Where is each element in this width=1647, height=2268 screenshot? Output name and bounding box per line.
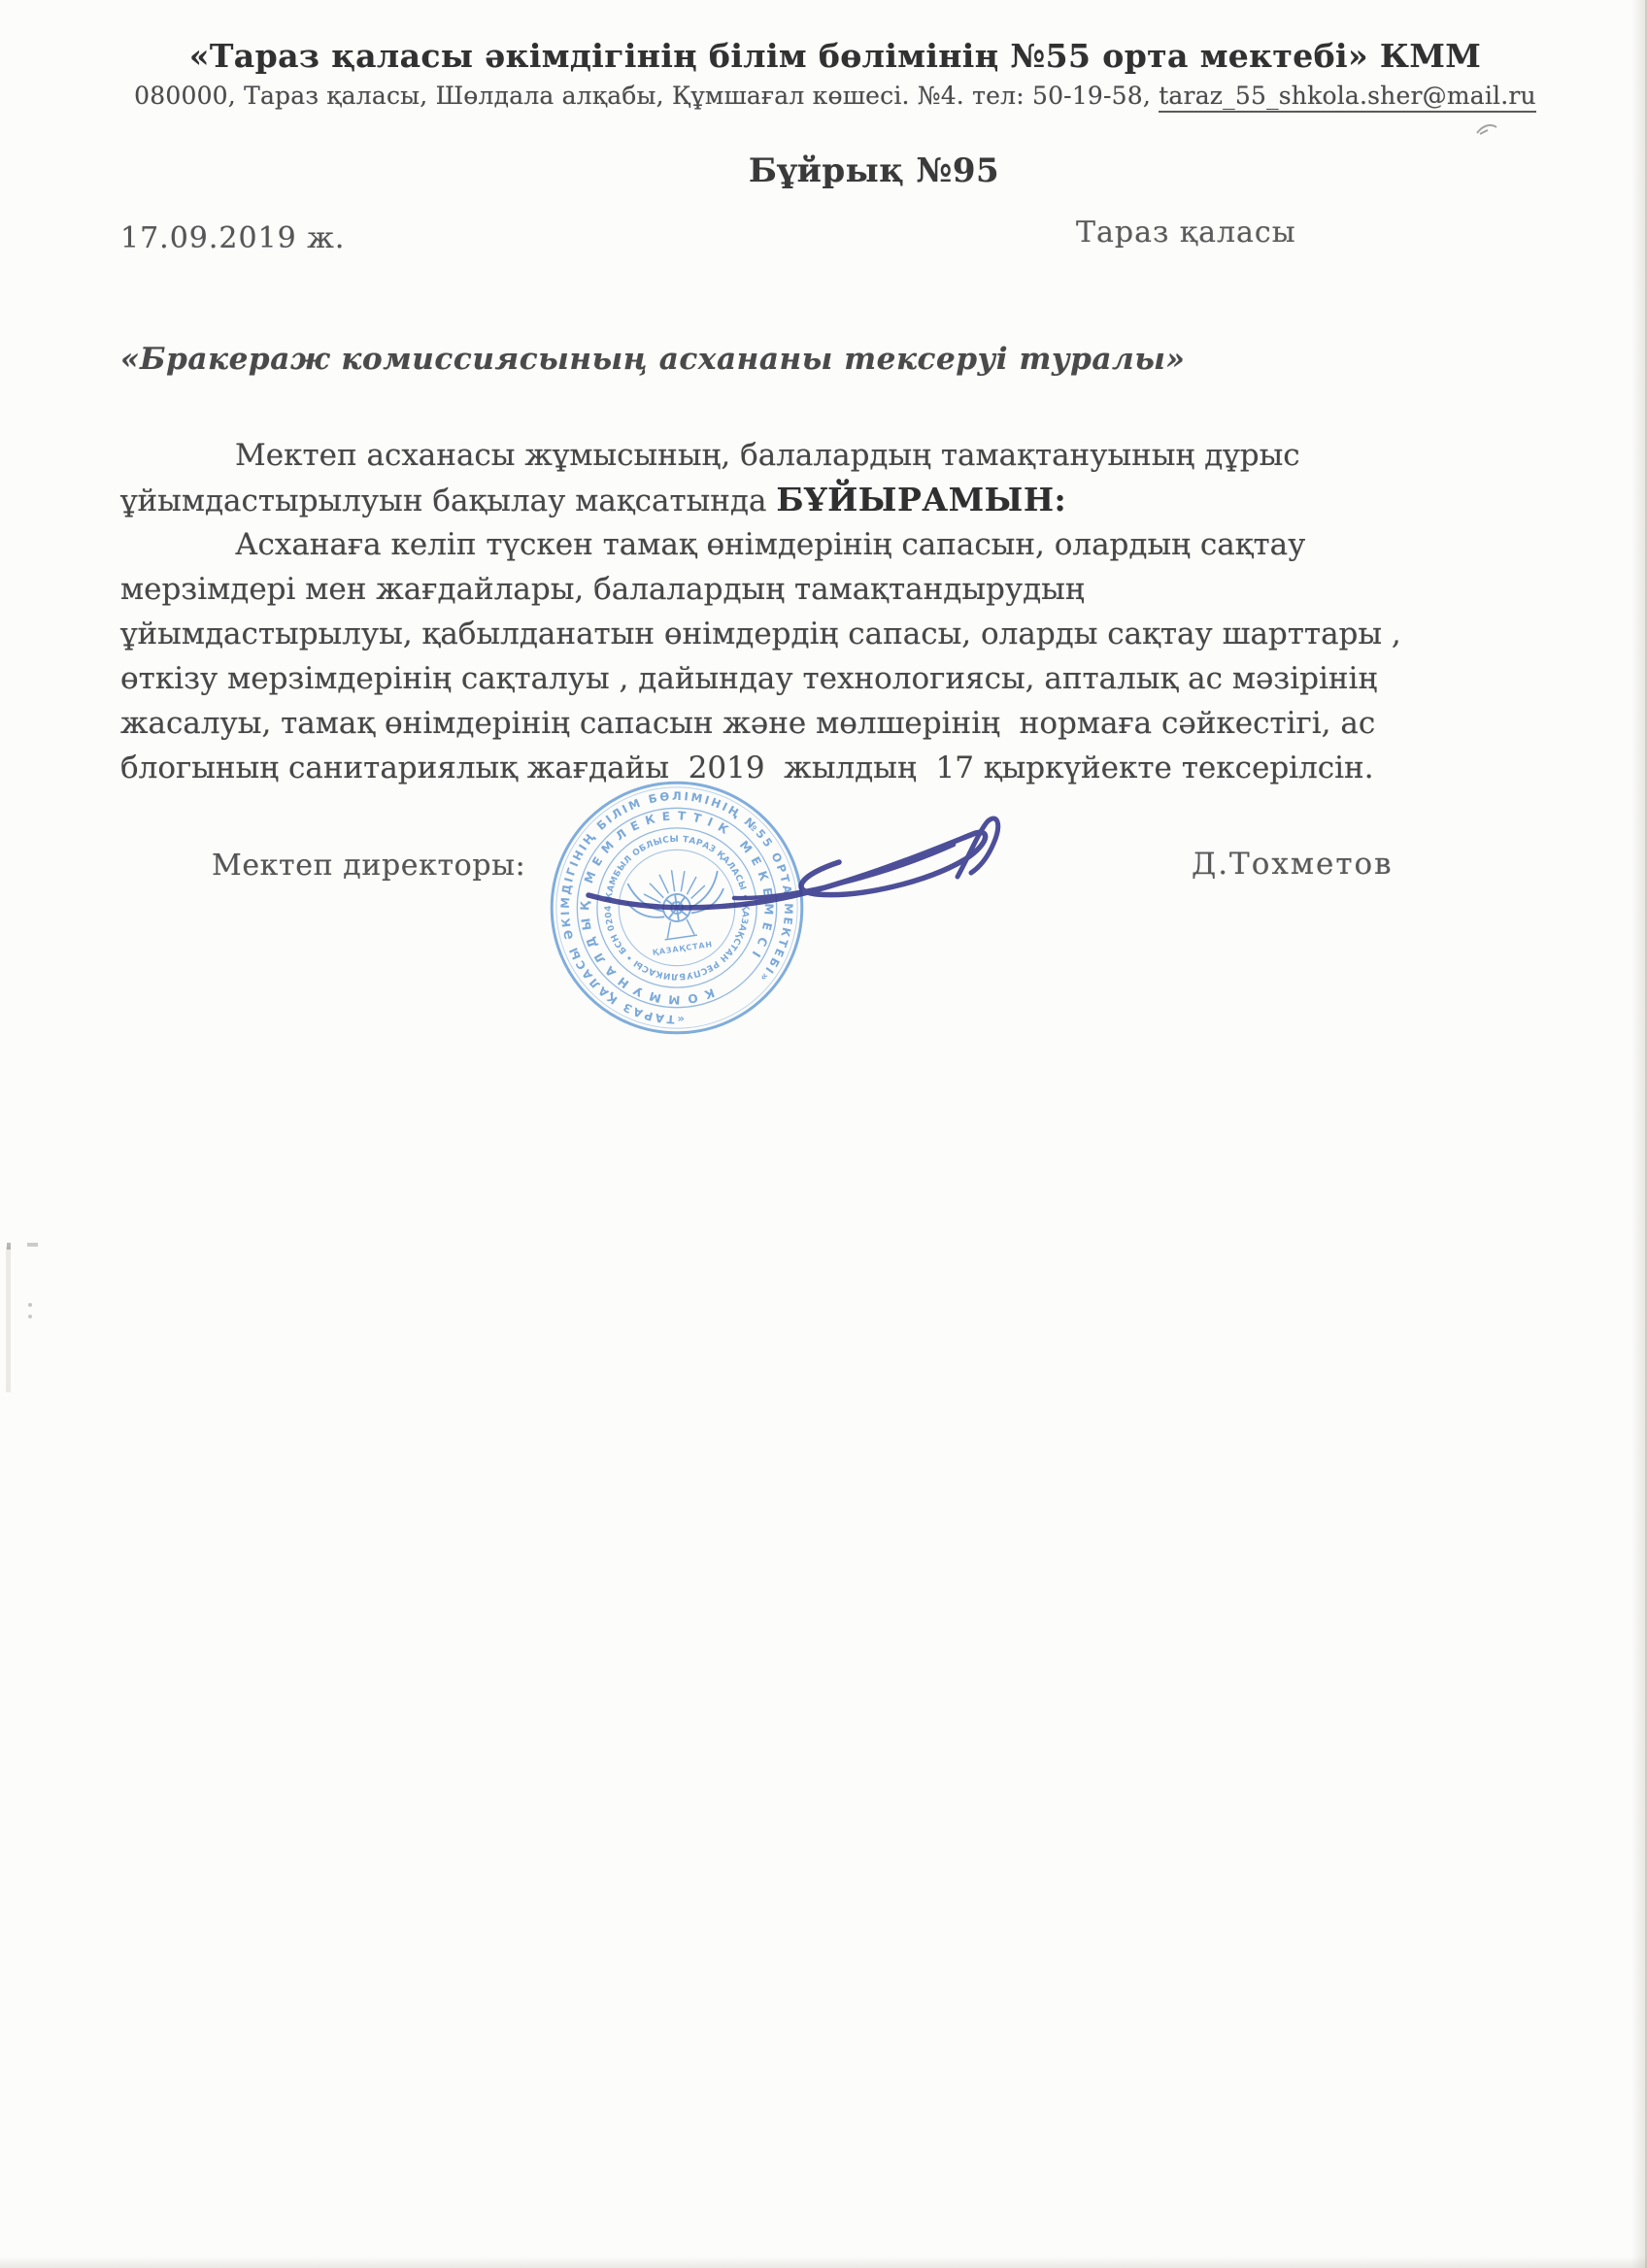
stamp-center-label: ҚАЗАҚСТАН (652, 940, 713, 957)
body-line: өткізу мерзімдерінің сақталуы , дайындау… (120, 656, 1480, 701)
scanned-order-document: «Тараз қаласы әкімдігінің білім бөліміні… (0, 0, 1647, 2268)
scan-edge-shadow (0, 2256, 1647, 2268)
scan-artifact (28, 1303, 32, 1307)
address-text: 080000, Тараз қаласы, Шөлдала алқабы, Құ… (134, 82, 1159, 110)
body-line: Асханаға келіп түскен тамақ өнімдерінің … (120, 522, 1480, 567)
order-body: Мектеп асханасы жұмысының, балалардың та… (120, 433, 1480, 790)
scan-artifact (7, 1243, 11, 1250)
body-line: ұйымдастырылуы, қабылданатын өнімдердің … (120, 612, 1480, 656)
scan-artifact (6, 1247, 11, 1392)
body-line: Мектеп асханасы жұмысының, балалардың та… (120, 433, 1480, 478)
body-line: мерзімдері мен жағдайлары, балалардың та… (120, 567, 1480, 612)
order-title: Бұйрық №95 (101, 151, 1647, 190)
signature-role-label: Мектеп директоры: (212, 849, 525, 883)
org-name: «Тараз қаласы әкімдігінің білім бөліміні… (58, 37, 1612, 75)
order-date: 17.09.2019 ж. (120, 221, 345, 255)
resolve-keyword: БҰЙЫРАМЫН: (776, 481, 1066, 518)
body-line: жасалуы, тамақ өнімдерінің сапасын және … (120, 701, 1480, 746)
order-city: Тараз қаласы (1076, 216, 1296, 250)
signer-name: Д.Тохметов (1192, 847, 1394, 882)
subject-line: «Бракераж комиссиясының асхананы тексеру… (120, 342, 1383, 377)
address-line: 080000, Тараз қаласы, Шөлдала алқабы, Құ… (58, 82, 1612, 110)
email-text: taraz_55_shkola.sher@mail.ru (1159, 82, 1536, 113)
signature-mark (571, 804, 1018, 930)
body-line: ұйымдастырылуын бақылау мақсатында БҰЙЫР… (120, 478, 1480, 522)
pen-mark (1474, 120, 1499, 138)
scan-artifact (27, 1243, 38, 1247)
body-line-text: ұйымдастырылуын бақылау мақсатында (120, 484, 776, 518)
